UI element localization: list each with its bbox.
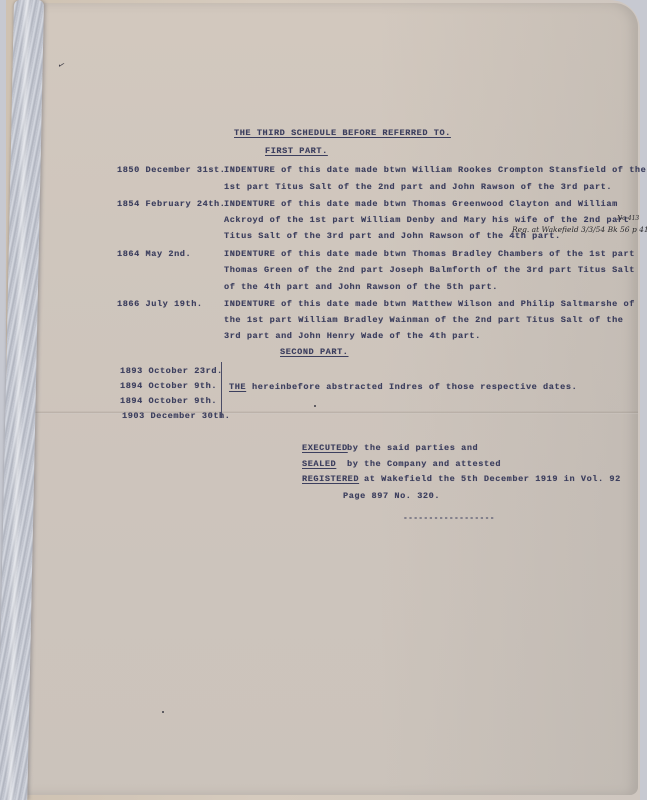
entry-line: of the 4th part and John Rawson of the 5… (224, 283, 498, 292)
executed-text: by the said parties and (347, 444, 478, 453)
executed-label: EXECUTED (302, 444, 348, 453)
ink-speck (314, 405, 316, 407)
sealed-text: by the Company and attested (347, 460, 501, 469)
entry-date: 1866 July 19th. (117, 300, 203, 309)
sealed-label: SEALED (302, 460, 336, 469)
registered-text: at Wakefield the 5th December 1919 in Vo… (364, 475, 621, 484)
second-part-text: hereinbefore abstracted Indres of those … (252, 383, 577, 392)
second-part-date: 1893 October 23rd. (120, 367, 223, 376)
second-part-date: 1903 December 30th. (122, 412, 230, 421)
entry-date: 1854 February 24th. (117, 200, 225, 209)
entry-line: Thomas Green of the 2nd part Joseph Balm… (224, 266, 635, 275)
entry-line: INDENTURE of this date made btwn Thomas … (224, 200, 618, 209)
page-reference: Page 897 No. 320. (343, 492, 440, 501)
registered-label: REGISTERED (302, 475, 359, 484)
entry-date: 1850 December 31st. (117, 166, 225, 175)
first-part-heading: FIRST PART. (265, 147, 328, 156)
date-bracket (217, 362, 222, 418)
second-part-date: 1894 October 9th. (120, 397, 217, 406)
schedule-heading: THE THIRD SCHEDULE BEFORE REFERRED TO. (234, 129, 451, 138)
entry-line: INDENTURE of this date made btwn Matthew… (224, 300, 635, 309)
second-part-heading: SECOND PART. (280, 348, 349, 357)
entry-line: INDENTURE of this date made btwn William… (224, 166, 646, 175)
entry-date: 1864 May 2nd. (117, 250, 191, 259)
closing-rule: ------------------ (403, 514, 495, 523)
handwritten-superscript: No 413 (617, 216, 639, 222)
page-fold (18, 411, 638, 414)
entry-line: INDENTURE of this date made btwn Thomas … (224, 250, 635, 259)
entry-line: 1st part Titus Salt of the 2nd part and … (224, 183, 612, 192)
entry-line: Titus Salt of the 3rd part and John Raws… (224, 232, 561, 241)
ink-speck (162, 711, 164, 713)
entry-line: the 1st part William Bradley Wainman of … (224, 316, 624, 325)
entry-line: 3rd part and John Henry Wade of the 4th … (224, 332, 481, 341)
page-shading (378, 3, 638, 795)
second-part-lead: THE (229, 383, 246, 392)
document-page (18, 3, 638, 795)
entry-line: Ackroyd of the 1st part William Denby an… (224, 216, 629, 225)
second-part-date: 1894 October 9th. (120, 382, 217, 391)
handwritten-registration-note: Reg. at Wakefield 3/3/54 Bk 56 p 414 (512, 226, 647, 234)
